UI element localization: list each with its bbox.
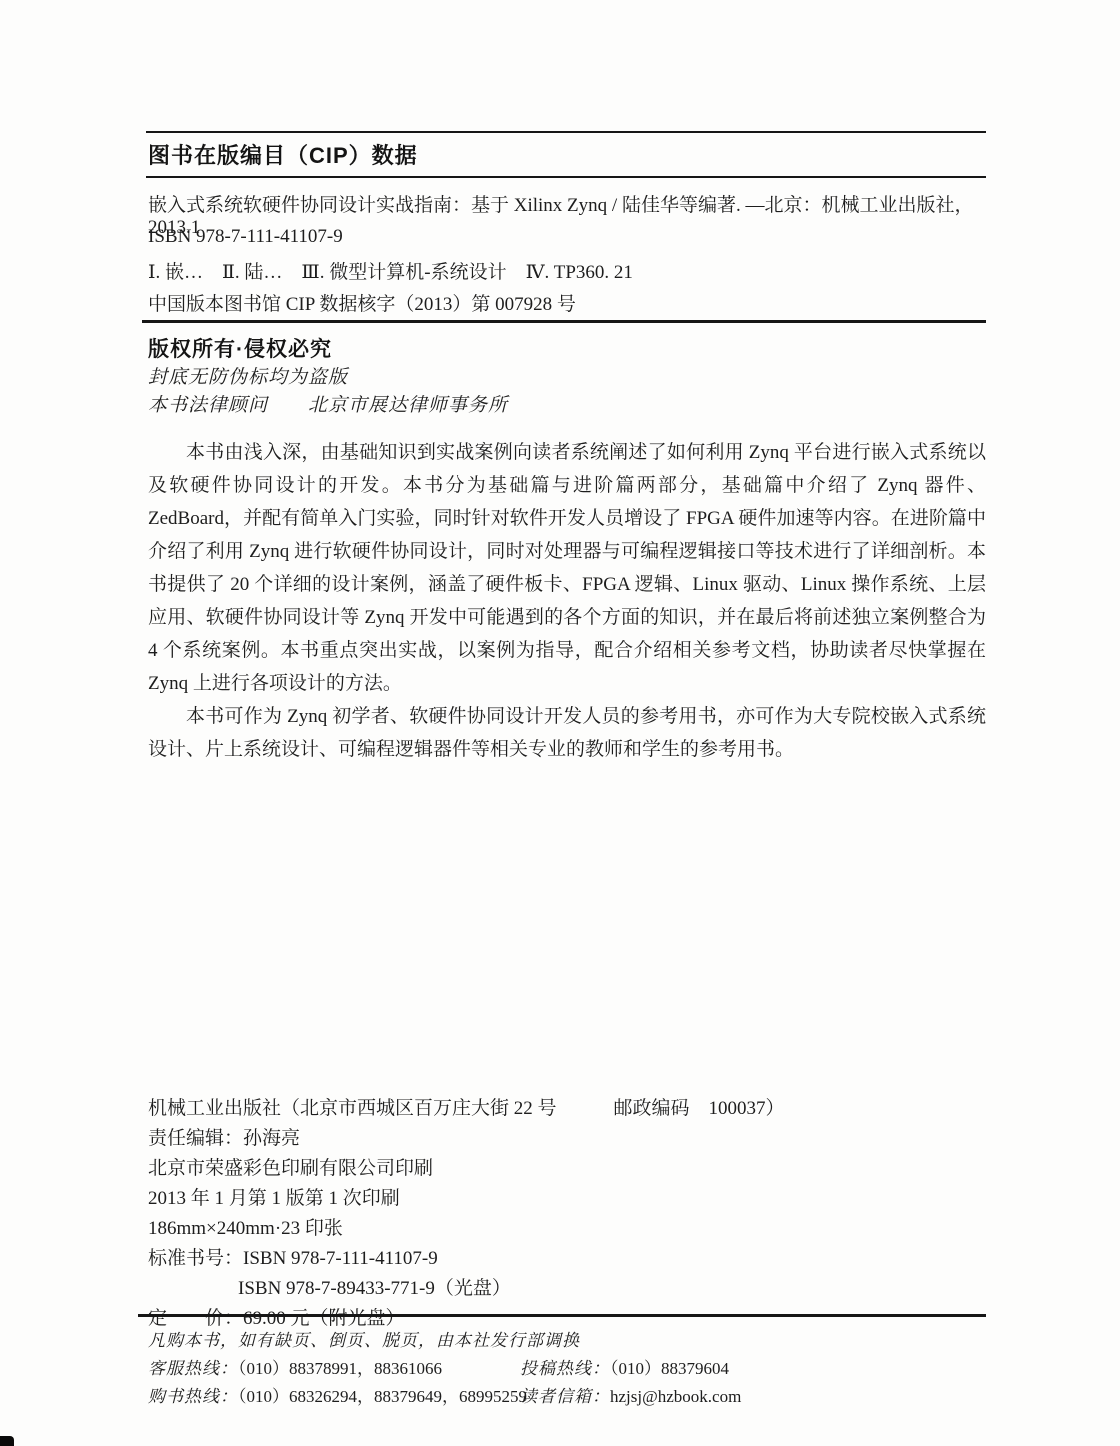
cip-bottom-rule <box>142 320 986 323</box>
publisher-address-line: 机械工业出版社（北京市西城区百万庄大街 22 号 邮政编码 100037） <box>148 1094 988 1124</box>
printer-line: 北京市荣盛彩色印刷有限公司印刷 <box>148 1154 988 1184</box>
book-copyright-page: 图书在版编目（CIP）数据 嵌入式系统软硬件协同设计实战指南：基于 Xilinx… <box>0 0 1120 1446</box>
cip-header-underline <box>146 176 986 178</box>
cip-top-rule <box>146 131 986 133</box>
anti-piracy-line: 封底无防伪标均为盗版 <box>148 362 348 389</box>
cip-record-number-line: 中国版本图书馆 CIP 数据核字（2013）第 007928 号 <box>148 289 576 316</box>
book-introduction: 本书由浅入深，由基础知识到实战案例向读者系统阐述了如何利用 Zynq 平台进行嵌… <box>148 436 986 766</box>
service-hotline-label: 客服热线： <box>148 1359 238 1378</box>
edition-printing-line: 2013 年 1 月第 1 版第 1 次印刷 <box>148 1184 988 1214</box>
cdrom-isbn-line: ISBN 978-7-89433-771-9（光盘） <box>148 1274 988 1304</box>
colophon-block: 机械工业出版社（北京市西城区百万庄大街 22 号 邮政编码 100037） 责任… <box>148 1094 988 1334</box>
submission-hotline-label: 投稿热线： <box>520 1359 610 1378</box>
reader-mailbox-label: 读者信箱： <box>520 1387 610 1406</box>
scan-corner-artifact <box>0 1436 14 1446</box>
replacement-notice-line: 凡购本书，如有缺页、倒页、脱页，由本社发行部调换 <box>148 1326 580 1351</box>
purchase-hotline: 购书热线：（010）68326294，88379649，68995259 <box>148 1382 527 1407</box>
footer-rule <box>138 1314 986 1317</box>
standard-book-number-line: 标准书号：ISBN 978-7-111-41107-9 <box>148 1244 988 1274</box>
legal-counsel-line: 本书法律顾问 北京市展达律师事务所 <box>148 390 508 417</box>
cip-isbn-line: ISBN 978-7-111-41107-9 <box>148 226 343 248</box>
intro-paragraph-2: 本书可作为 Zynq 初学者、软硬件协同设计开发人员的参考用书，亦可作为大专院校… <box>148 700 986 766</box>
intro-paragraph-1: 本书由浅入深，由基础知识到实战案例向读者系统阐述了如何利用 Zynq 平台进行嵌… <box>148 436 986 700</box>
submission-hotline-number: （010）88379604 <box>610 1359 729 1378</box>
format-sheets-line: 186mm×240mm·23 印张 <box>148 1214 988 1244</box>
reader-mailbox: 读者信箱：hzjsj@hzbook.com <box>520 1382 741 1407</box>
purchase-hotline-label: 购书热线： <box>148 1387 238 1406</box>
service-hotline: 客服热线：（010）88378991，88361066 <box>148 1354 442 1379</box>
responsible-editor-line: 责任编辑：孙海亮 <box>148 1124 988 1154</box>
service-hotline-numbers: （010）88378991，88361066 <box>238 1359 442 1378</box>
purchase-hotline-numbers: （010）68326294，88379649，68995259 <box>238 1387 527 1406</box>
cip-classification-line: Ⅰ. 嵌… Ⅱ. 陆… Ⅲ. 微型计算机-系统设计 Ⅳ. TP360. 21 <box>148 257 633 284</box>
copyright-notice: 版权所有·侵权必究 <box>148 333 332 363</box>
submission-hotline: 投稿热线：（010）88379604 <box>520 1354 729 1379</box>
reader-mailbox-address: hzjsj@hzbook.com <box>610 1387 741 1406</box>
cip-header-title: 图书在版编目（CIP）数据 <box>148 139 418 170</box>
